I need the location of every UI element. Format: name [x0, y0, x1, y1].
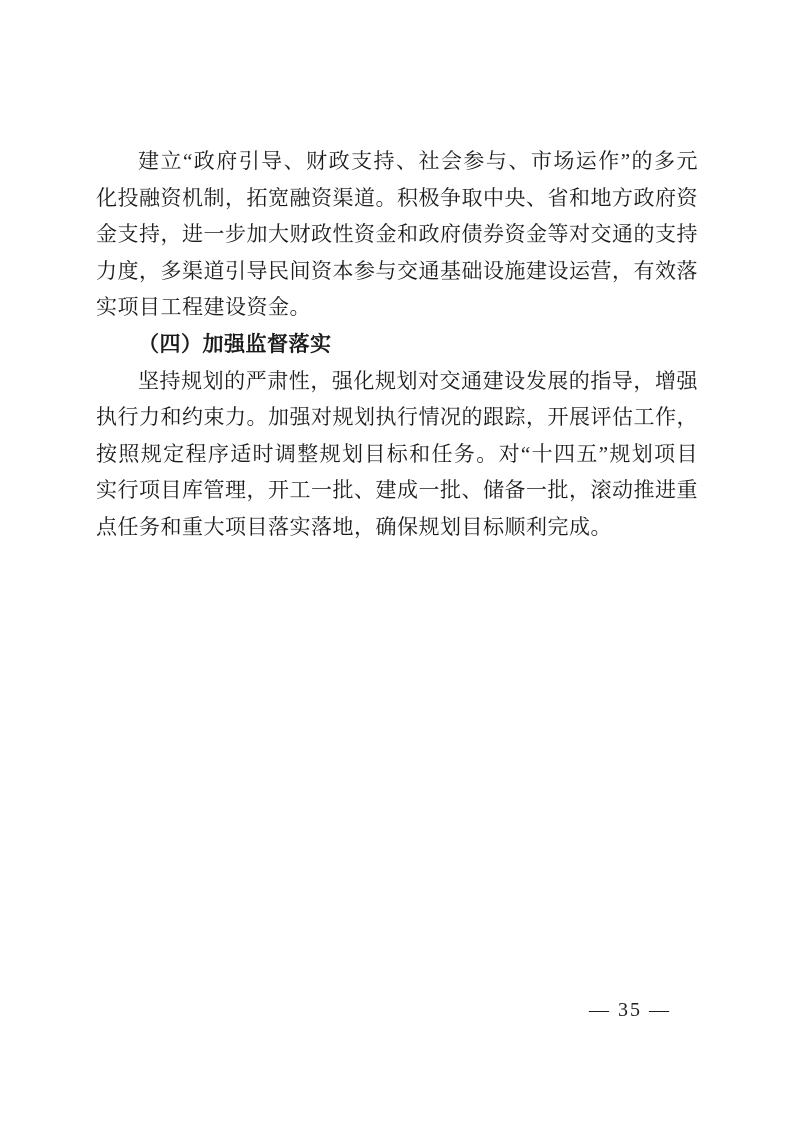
- paragraph-2-line: 坚持规划的严肃性，强化规划对交通建设发展的指导，增强: [96, 363, 698, 400]
- paragraph-2-line: 点任务和重大项目落实落地，确保规划目标顺利完成。: [96, 509, 698, 546]
- paragraph-2-line: 执行力和约束力。加强对规划执行情况的跟踪，开展评估工作，: [96, 399, 698, 436]
- paragraph-1-line: 建立“政府引导、财政支持、社会参与、市场运作”的多元: [96, 143, 698, 180]
- page-number: — 35 —: [555, 998, 705, 1022]
- paragraph-1-line: 实项目工程建设资金。: [96, 289, 698, 326]
- paragraph-2-line: 实行项目库管理，开工一批、建成一批、储备一批，滚动推进重: [96, 472, 698, 509]
- paragraph-1-line: 金支持，进一步加大财政性资金和政府债券资金等对交通的支持: [96, 216, 698, 253]
- section-heading: （四）加强监督落实: [96, 326, 698, 363]
- document-body: 建立“政府引导、财政支持、社会参与、市场运作”的多元 化投融资机制，拓宽融资渠道…: [96, 143, 698, 546]
- paragraph-1-line: 力度，多渠道引导民间资本参与交通基础设施建设运营，有效落: [96, 253, 698, 290]
- paragraph-1-line: 化投融资机制，拓宽融资渠道。积极争取中央、省和地方政府资: [96, 180, 698, 217]
- document-page: 建立“政府引导、财政支持、社会参与、市场运作”的多元 化投融资机制，拓宽融资渠道…: [0, 0, 793, 1122]
- paragraph-2-line: 按照规定程序适时调整规划目标和任务。对“十四五”规划项目: [96, 436, 698, 473]
